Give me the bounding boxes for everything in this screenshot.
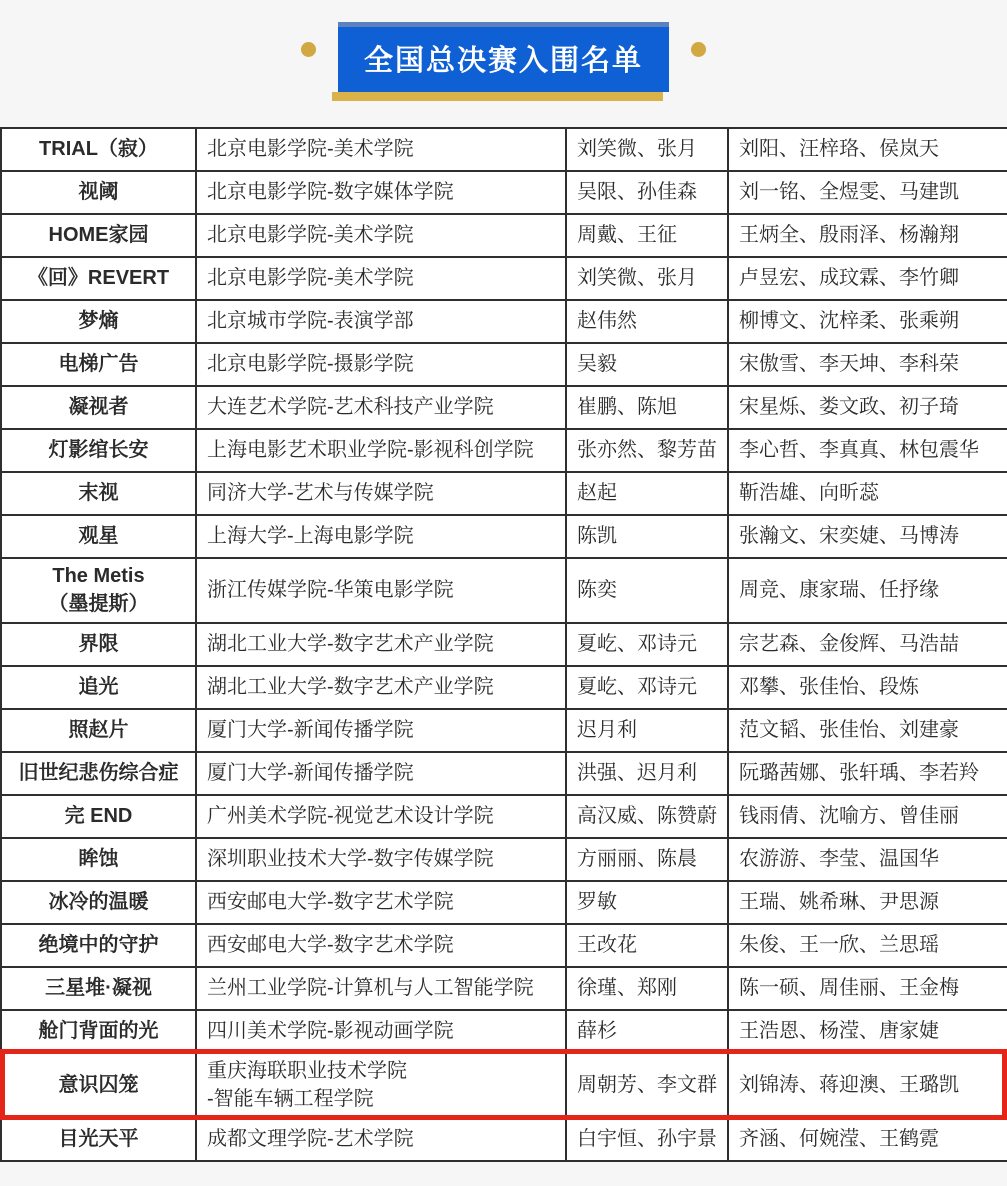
work-title-cell: 旧世纪悲伤综合症 [1, 752, 196, 795]
members-cell: 刘阳、汪梓珞、侯岚天 [728, 128, 1007, 171]
school-cell: 厦门大学-新闻传播学院 [196, 709, 566, 752]
table-row: 灯影绾长安 上海电影艺术职业学院-影视科创学院 张亦然、黎芳苗 李心哲、李真真、… [1, 429, 1007, 472]
table-row: 旧世纪悲伤综合症 厦门大学-新闻传播学院 洪强、迟月利 阮璐茜娜、张轩瑀、李若羚 [1, 752, 1007, 795]
work-title-cell: 完 END [1, 795, 196, 838]
work-title-cell: 舱门背面的光 [1, 1010, 196, 1053]
work-title-cell: 界限 [1, 623, 196, 666]
finalists-table-body: TRIAL（寂） 北京电影学院-美术学院 刘笑微、张月 刘阳、汪梓珞、侯岚天 视… [1, 128, 1007, 1161]
directors-cell: 张亦然、黎芳苗 [566, 429, 728, 472]
work-title-cell: 《回》REVERT [1, 257, 196, 300]
directors-cell: 夏屹、邓诗元 [566, 666, 728, 709]
members-cell: 齐涵、何婉滢、王鹤霓 [728, 1118, 1007, 1161]
school-cell: 湖北工业大学-数字艺术产业学院 [196, 666, 566, 709]
table-row: 观星 上海大学-上海电影学院 陈凯 张瀚文、宋奕婕、马博涛 [1, 515, 1007, 558]
banner-underline [332, 92, 663, 101]
school-cell: 同济大学-艺术与传媒学院 [196, 472, 566, 515]
work-title-cell: 目光天平 [1, 1118, 196, 1161]
school-cell: 深圳职业技术大学-数字传媒学院 [196, 838, 566, 881]
table-row: 绝境中的守护 西安邮电大学-数字艺术学院 王改花 朱俊、王一欣、兰思瑶 [1, 924, 1007, 967]
members-cell: 宋傲雪、李天坤、李科荣 [728, 343, 1007, 386]
school-cell: 湖北工业大学-数字艺术产业学院 [196, 623, 566, 666]
school-cell: 北京城市学院-表演学部 [196, 300, 566, 343]
members-cell: 柳博文、沈梓柔、张乘朔 [728, 300, 1007, 343]
work-title-cell: 视阈 [1, 171, 196, 214]
table-row: TRIAL（寂） 北京电影学院-美术学院 刘笑微、张月 刘阳、汪梓珞、侯岚天 [1, 128, 1007, 171]
school-cell: 重庆海联职业技术学院 -智能车辆工程学院 [196, 1053, 566, 1118]
left-gold-dot-icon [301, 42, 316, 57]
members-cell: 王瑞、姚希琳、尹思源 [728, 881, 1007, 924]
members-cell: 宋星烁、娄文政、初子琦 [728, 386, 1007, 429]
directors-cell: 周朝芳、李文群 [566, 1053, 728, 1118]
school-cell: 北京电影学院-数字媒体学院 [196, 171, 566, 214]
work-title-cell: 绝境中的守护 [1, 924, 196, 967]
directors-cell: 吴毅 [566, 343, 728, 386]
directors-cell: 迟月利 [566, 709, 728, 752]
work-title-cell: 眸蚀 [1, 838, 196, 881]
school-cell: 北京电影学院-美术学院 [196, 257, 566, 300]
members-cell: 陈一硕、周佳丽、王金梅 [728, 967, 1007, 1010]
directors-cell: 徐瑾、郑刚 [566, 967, 728, 1010]
directors-cell: 刘笑微、张月 [566, 128, 728, 171]
page-title: 全国总决赛入围名单 [364, 38, 643, 79]
finalists-table: TRIAL（寂） 北京电影学院-美术学院 刘笑微、张月 刘阳、汪梓珞、侯岚天 视… [0, 127, 1007, 1162]
table-row: HOME家园 北京电影学院-美术学院 周戴、王征 王炳全、殷雨泽、杨瀚翔 [1, 214, 1007, 257]
directors-cell: 夏屹、邓诗元 [566, 623, 728, 666]
work-title-cell: 末视 [1, 472, 196, 515]
members-cell: 张瀚文、宋奕婕、马博涛 [728, 515, 1007, 558]
school-cell: 北京电影学院-摄影学院 [196, 343, 566, 386]
members-cell: 卢昱宏、成玟霖、李竹卿 [728, 257, 1007, 300]
table-row: 眸蚀 深圳职业技术大学-数字传媒学院 方丽丽、陈晨 农游游、李莹、温国华 [1, 838, 1007, 881]
table-row: 视阈 北京电影学院-数字媒体学院 吴限、孙佳森 刘一铭、全煜雯、马建凯 [1, 171, 1007, 214]
table-row: The Metis （墨提斯） 浙江传媒学院-华策电影学院 陈奕 周竞、康家瑞、… [1, 558, 1007, 623]
table-row: 意识囚笼 重庆海联职业技术学院 -智能车辆工程学院 周朝芳、李文群 刘锦涛、蒋迎… [1, 1053, 1007, 1118]
school-cell: 广州美术学院-视觉艺术设计学院 [196, 795, 566, 838]
members-cell: 宗艺森、金俊辉、马浩喆 [728, 623, 1007, 666]
school-cell: 上海电影艺术职业学院-影视科创学院 [196, 429, 566, 472]
directors-cell: 周戴、王征 [566, 214, 728, 257]
members-cell: 朱俊、王一欣、兰思瑶 [728, 924, 1007, 967]
work-title-cell: 电梯广告 [1, 343, 196, 386]
table-row: 目光天平 成都文理学院-艺术学院 白宇恒、孙宇景 齐涵、何婉滢、王鹤霓 [1, 1118, 1007, 1161]
school-cell: 北京电影学院-美术学院 [196, 214, 566, 257]
members-cell: 周竞、康家瑞、任抒缘 [728, 558, 1007, 623]
directors-cell: 崔鹏、陈旭 [566, 386, 728, 429]
work-title-cell: 冰冷的温暖 [1, 881, 196, 924]
school-cell: 西安邮电大学-数字艺术学院 [196, 924, 566, 967]
school-cell: 浙江传媒学院-华策电影学院 [196, 558, 566, 623]
work-title-cell: 灯影绾长安 [1, 429, 196, 472]
directors-cell: 刘笑微、张月 [566, 257, 728, 300]
table-row: 《回》REVERT 北京电影学院-美术学院 刘笑微、张月 卢昱宏、成玟霖、李竹卿 [1, 257, 1007, 300]
work-title-cell: 观星 [1, 515, 196, 558]
school-cell: 成都文理学院-艺术学院 [196, 1118, 566, 1161]
school-cell: 兰州工业学院-计算机与人工智能学院 [196, 967, 566, 1010]
directors-cell: 方丽丽、陈晨 [566, 838, 728, 881]
directors-cell: 赵伟然 [566, 300, 728, 343]
finalists-table-wrap: TRIAL（寂） 北京电影学院-美术学院 刘笑微、张月 刘阳、汪梓珞、侯岚天 视… [0, 127, 1007, 1162]
table-row: 凝视者 大连艺术学院-艺术科技产业学院 崔鹏、陈旭 宋星烁、娄文政、初子琦 [1, 386, 1007, 429]
work-title-cell: 梦熵 [1, 300, 196, 343]
school-cell: 上海大学-上海电影学院 [196, 515, 566, 558]
members-cell: 邓攀、张佳怡、段炼 [728, 666, 1007, 709]
school-cell: 西安邮电大学-数字艺术学院 [196, 881, 566, 924]
table-row: 末视 同济大学-艺术与传媒学院 赵起 靳浩雄、向昕蕊 [1, 472, 1007, 515]
members-cell: 农游游、李莹、温国华 [728, 838, 1007, 881]
school-cell: 四川美术学院-影视动画学院 [196, 1010, 566, 1053]
directors-cell: 薛杉 [566, 1010, 728, 1053]
directors-cell: 吴限、孙佳森 [566, 171, 728, 214]
work-title-cell: The Metis （墨提斯） [1, 558, 196, 623]
directors-cell: 陈奕 [566, 558, 728, 623]
work-title-cell: 意识囚笼 [1, 1053, 196, 1118]
directors-cell: 罗敏 [566, 881, 728, 924]
banner: 全国总决赛入围名单 [338, 22, 669, 92]
members-cell: 王浩恩、杨滢、唐家婕 [728, 1010, 1007, 1053]
banner-plate: 全国总决赛入围名单 [338, 22, 669, 92]
members-cell: 王炳全、殷雨泽、杨瀚翔 [728, 214, 1007, 257]
school-cell: 北京电影学院-美术学院 [196, 128, 566, 171]
table-row: 梦熵 北京城市学院-表演学部 赵伟然 柳博文、沈梓柔、张乘朔 [1, 300, 1007, 343]
school-cell: 厦门大学-新闻传播学院 [196, 752, 566, 795]
members-cell: 刘一铭、全煜雯、马建凯 [728, 171, 1007, 214]
table-row: 电梯广告 北京电影学院-摄影学院 吴毅 宋傲雪、李天坤、李科荣 [1, 343, 1007, 386]
work-title-cell: HOME家园 [1, 214, 196, 257]
work-title-cell: 照赵片 [1, 709, 196, 752]
work-title-cell: 凝视者 [1, 386, 196, 429]
members-cell: 靳浩雄、向昕蕊 [728, 472, 1007, 515]
right-gold-dot-icon [691, 42, 706, 57]
members-cell: 阮璐茜娜、张轩瑀、李若羚 [728, 752, 1007, 795]
work-title-cell: 追光 [1, 666, 196, 709]
table-row: 舱门背面的光 四川美术学院-影视动画学院 薛杉 王浩恩、杨滢、唐家婕 [1, 1010, 1007, 1053]
table-row: 照赵片 厦门大学-新闻传播学院 迟月利 范文韬、张佳怡、刘建豪 [1, 709, 1007, 752]
directors-cell: 高汉威、陈赞蔚 [566, 795, 728, 838]
directors-cell: 王改花 [566, 924, 728, 967]
directors-cell: 洪强、迟月利 [566, 752, 728, 795]
banner-row: 全国总决赛入围名单 [0, 0, 1007, 127]
members-cell: 刘锦涛、蒋迎澳、王璐凯 [728, 1053, 1007, 1118]
work-title-cell: 三星堆·凝视 [1, 967, 196, 1010]
table-row: 界限 湖北工业大学-数字艺术产业学院 夏屹、邓诗元 宗艺森、金俊辉、马浩喆 [1, 623, 1007, 666]
directors-cell: 陈凯 [566, 515, 728, 558]
members-cell: 范文韬、张佳怡、刘建豪 [728, 709, 1007, 752]
table-row: 冰冷的温暖 西安邮电大学-数字艺术学院 罗敏 王瑞、姚希琳、尹思源 [1, 881, 1007, 924]
directors-cell: 白宇恒、孙宇景 [566, 1118, 728, 1161]
table-row: 三星堆·凝视 兰州工业学院-计算机与人工智能学院 徐瑾、郑刚 陈一硕、周佳丽、王… [1, 967, 1007, 1010]
members-cell: 李心哲、李真真、林包震华 [728, 429, 1007, 472]
table-row: 完 END 广州美术学院-视觉艺术设计学院 高汉威、陈赞蔚 钱雨倩、沈喻方、曾佳… [1, 795, 1007, 838]
work-title-cell: TRIAL（寂） [1, 128, 196, 171]
school-cell: 大连艺术学院-艺术科技产业学院 [196, 386, 566, 429]
directors-cell: 赵起 [566, 472, 728, 515]
table-row: 追光 湖北工业大学-数字艺术产业学院 夏屹、邓诗元 邓攀、张佳怡、段炼 [1, 666, 1007, 709]
members-cell: 钱雨倩、沈喻方、曾佳丽 [728, 795, 1007, 838]
